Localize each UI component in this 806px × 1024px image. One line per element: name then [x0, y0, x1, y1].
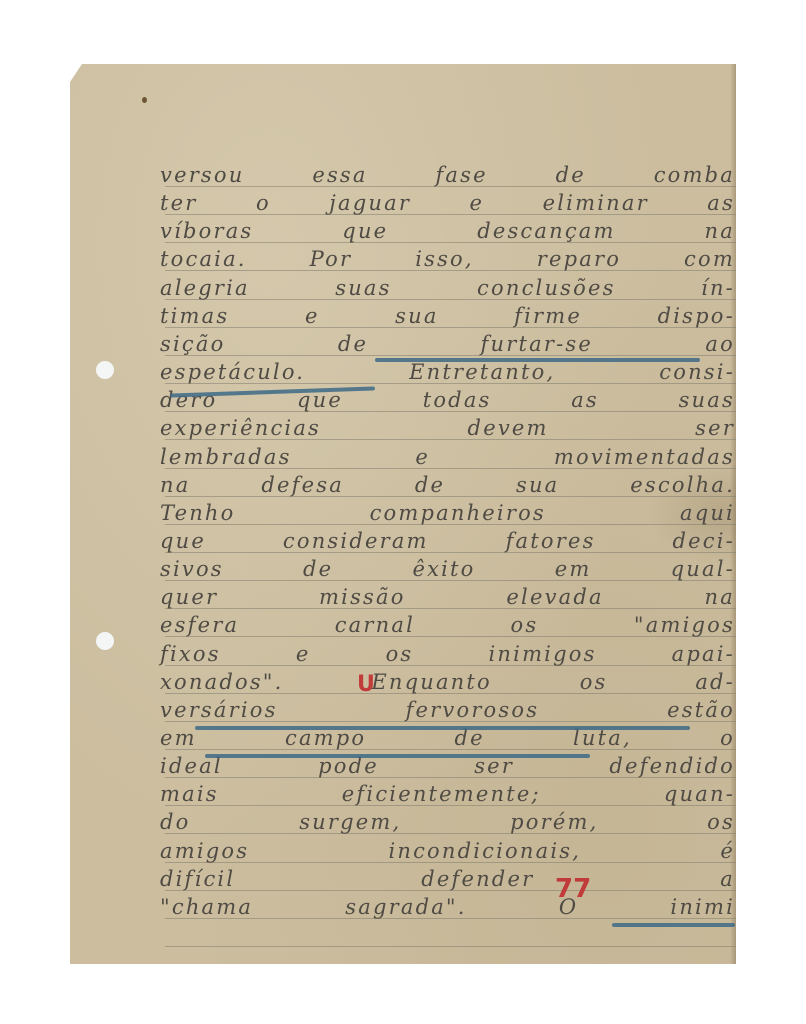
word: dispo- — [658, 302, 735, 330]
text-line: experiênciasdevemser — [160, 414, 735, 442]
word: de — [338, 330, 368, 358]
word: defesa — [261, 471, 344, 499]
word: as — [707, 189, 735, 217]
blue-underline-5 — [612, 923, 735, 927]
text-line: sivosdeêxitoemqual- — [160, 555, 735, 583]
word: fase — [435, 161, 487, 189]
word: fatores — [506, 527, 596, 555]
word: ín- — [701, 274, 735, 302]
word: êxito — [412, 555, 475, 583]
word: companheiros — [370, 499, 546, 527]
word: sagrada". — [345, 893, 466, 921]
word: eliminar — [543, 189, 649, 217]
word: "amigos — [634, 611, 735, 639]
word: de — [556, 161, 586, 189]
blue-underline-4 — [205, 754, 590, 758]
word: timas — [160, 302, 229, 330]
word: lembradas — [160, 443, 292, 471]
text-line: espetáculo.Entretanto,consi- — [160, 358, 735, 386]
word: amigos — [160, 837, 249, 865]
paper-stain — [142, 97, 147, 103]
word: é — [720, 837, 735, 865]
red-annotation-u: U — [357, 672, 375, 697]
word: apai- — [672, 640, 735, 668]
word: os — [580, 668, 608, 696]
word: reparo — [537, 245, 621, 273]
word: que — [342, 217, 388, 245]
word: consi- — [659, 358, 735, 386]
word: esfera — [160, 611, 239, 639]
word: surgem, — [299, 808, 401, 836]
text-line: "chamasagrada".Oinimi — [160, 893, 735, 921]
word: qual- — [671, 555, 735, 583]
word: víboras — [160, 217, 253, 245]
text-line: maiseficientemente;quan- — [160, 780, 735, 808]
word: descançam — [477, 217, 615, 245]
word: incondicionais, — [388, 837, 581, 865]
word: comba — [654, 161, 735, 189]
text-line: víborasquedescançamna — [160, 217, 735, 245]
text-line: tocaia.Porisso,reparocom — [160, 245, 735, 273]
word: inimi — [670, 893, 735, 921]
word: na — [160, 471, 190, 499]
word: xonados". — [160, 668, 284, 696]
word: fervorosos — [406, 696, 540, 724]
word: escolha. — [630, 471, 735, 499]
word: carnal — [335, 611, 415, 639]
text-line: quermissãoelevadana — [160, 583, 735, 611]
text-line: siçãodefurtar-seao — [160, 330, 735, 358]
text-line: esferacarnalos"amigos — [160, 611, 735, 639]
word: ser — [695, 414, 735, 442]
word: e — [415, 443, 430, 471]
word: na — [705, 217, 735, 245]
word: os — [511, 611, 539, 639]
text-line: amigosincondicionais,é — [160, 837, 735, 865]
text-line: difícildefendera — [160, 865, 735, 893]
word: ad- — [695, 668, 735, 696]
word: as — [571, 386, 599, 414]
text-line: alegriasuasconclusõesín- — [160, 274, 735, 302]
word: versou — [160, 161, 244, 189]
word: os — [386, 640, 414, 668]
word: e — [305, 302, 320, 330]
word: tocaia. — [160, 245, 247, 273]
word: aqui — [680, 499, 735, 527]
word: essa — [312, 161, 367, 189]
word: Entretanto, — [409, 358, 555, 386]
word: sição — [160, 330, 225, 358]
word: fixos — [160, 640, 221, 668]
word: Enquanto — [371, 668, 492, 696]
word: conclusões — [477, 274, 616, 302]
text-line: nadefesadesuaescolha. — [160, 471, 735, 499]
blue-underline-3 — [195, 726, 690, 730]
word: todas — [423, 386, 492, 414]
word: devem — [468, 414, 549, 442]
word: quer — [160, 583, 218, 611]
blue-underline-1 — [375, 358, 700, 362]
punch-hole-bottom — [96, 632, 114, 650]
word: "chama — [160, 893, 253, 921]
word: o — [720, 724, 735, 752]
word: em — [555, 555, 592, 583]
word: isso, — [415, 245, 474, 273]
word: experiências — [160, 414, 321, 442]
red-annotation-77: 77 — [555, 874, 591, 904]
word: em — [160, 724, 197, 752]
text-line: dosurgem,porém,os — [160, 808, 735, 836]
word: e — [470, 189, 485, 217]
word: alegria — [160, 274, 250, 302]
word: que — [160, 527, 206, 555]
word: sivos — [160, 555, 224, 583]
word: de — [415, 471, 445, 499]
word: a — [720, 865, 735, 893]
word: suas — [335, 274, 391, 302]
word: os — [707, 808, 735, 836]
text-line: versáriosfervorososestão — [160, 696, 735, 724]
word: difícil — [160, 865, 235, 893]
word: missão — [319, 583, 406, 611]
text-line: xonados".Enquantoosad- — [160, 668, 735, 696]
punch-hole-top — [96, 361, 114, 379]
word: espetáculo. — [160, 358, 305, 386]
word: consideram — [283, 527, 429, 555]
text-line: fixoseosinimigosapai- — [160, 640, 735, 668]
word: eficientemente; — [342, 780, 541, 808]
word: mais — [160, 780, 219, 808]
word: quan- — [664, 780, 735, 808]
word: furtar-se — [481, 330, 593, 358]
word: ter — [160, 189, 198, 217]
word: sua — [516, 471, 559, 499]
word: do — [160, 808, 191, 836]
text-line: lembradasemovimentadas — [160, 443, 735, 471]
word: sua — [395, 302, 438, 330]
word: ao — [705, 330, 735, 358]
text-line: timasesuafirmedispo- — [160, 302, 735, 330]
word: Por — [310, 245, 353, 273]
word: com — [684, 245, 735, 273]
word: dero — [160, 386, 217, 414]
word: e — [296, 640, 311, 668]
text-line: versouessafasedecomba — [160, 161, 735, 189]
word: deci- — [673, 527, 735, 555]
word: firme — [514, 302, 582, 330]
word: defender — [421, 865, 534, 893]
word: na — [705, 583, 735, 611]
word: estão — [667, 696, 735, 724]
word: versários — [160, 696, 278, 724]
word: defendido — [609, 752, 735, 780]
word: Tenho — [160, 499, 236, 527]
text-line: terojaguareeliminaras — [160, 189, 735, 217]
text-line: Tenhocompanheirosaqui — [160, 499, 735, 527]
word: porém, — [510, 808, 598, 836]
word: movimentadas — [554, 443, 735, 471]
word: elevada — [506, 583, 603, 611]
ruled-line — [165, 946, 736, 947]
word: inimigos — [489, 640, 597, 668]
word: o — [256, 189, 271, 217]
text-line: queconsideramfatoresdeci- — [160, 527, 735, 555]
word: de — [303, 555, 333, 583]
word: suas — [679, 386, 735, 414]
word: jaguar — [329, 189, 411, 217]
